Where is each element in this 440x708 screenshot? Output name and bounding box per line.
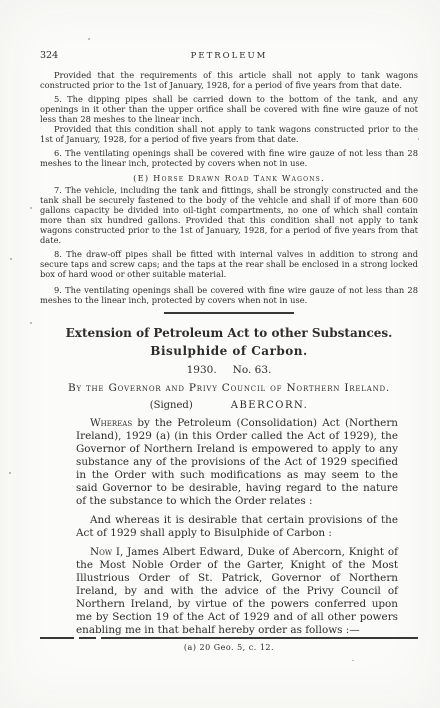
scan-speck	[352, 660, 354, 661]
scan-speck	[9, 472, 11, 474]
enacting-body: I, James Albert Edward, Duke of Abercorn…	[76, 546, 398, 636]
recital-1-body: by the Petroleum (Consolidation) Act (No…	[76, 417, 398, 507]
clause-7-paragraph: 7. The vehicle, including the tank and f…	[40, 185, 418, 245]
recital-2-paragraph: And whereas it is desirable that certain…	[76, 514, 398, 540]
footnote-rule-segment	[40, 637, 74, 639]
scanned-document-page: 324 PETROLEUM Provided that the requirem…	[0, 0, 440, 708]
recital-1-paragraph: Whereas by the Petroleum (Consolidation)…	[76, 417, 398, 508]
order-year-number: 1930. No. 63.	[40, 364, 418, 376]
recital-1-lead: Whereas	[90, 417, 132, 429]
clause-5-proviso-paragraph: Provided that this condition shall not a…	[40, 124, 418, 144]
enacting-paragraph: Now I, James Albert Edward, Duke of Aber…	[76, 546, 398, 637]
clause-8-paragraph: 8. The draw-off pipes shall be fitted wi…	[40, 249, 418, 279]
order-authority-line: By the Governor and Privy Council of Nor…	[40, 382, 418, 394]
signed-label: (Signed)	[150, 400, 193, 411]
footnote-rule	[40, 637, 418, 639]
clause-5-paragraph: 5. The dipping pipes shall be carried do…	[40, 94, 418, 124]
order-number: No. 63.	[233, 364, 272, 376]
scan-speck	[88, 38, 90, 40]
footnote-citation: (a) 20 Geo. 5, c. 12.	[40, 643, 418, 652]
scan-speck	[30, 322, 32, 324]
enacting-lead: Now	[90, 546, 112, 558]
signature-name: ABERCORN.	[231, 400, 309, 411]
page-number: 324	[40, 50, 191, 61]
scan-speck	[30, 207, 32, 209]
scan-speck	[418, 138, 419, 140]
proviso-paragraph: Provided that the requirements of this a…	[40, 70, 418, 90]
clause-9-paragraph: 9. The ventilating openings shall be cov…	[40, 285, 418, 305]
footnote-rule-segment	[79, 637, 96, 639]
section-e-heading: (E) Horse Drawn Road Tank Wagons.	[40, 173, 418, 183]
footnote-rule-segment	[101, 637, 418, 639]
page-content: 324 PETROLEUM Provided that the requirem…	[40, 50, 418, 637]
order-year: 1930.	[187, 364, 217, 376]
signature-row: (Signed) ABERCORN.	[40, 400, 418, 411]
running-head: 324 PETROLEUM	[40, 50, 418, 61]
order-subtitle: Bisulphide of Carbon.	[40, 345, 418, 358]
footnote-area: (a) 20 Geo. 5, c. 12.	[40, 637, 418, 652]
order-title: Extension of Petroleum Act to other Subs…	[40, 327, 418, 340]
scan-speck	[10, 258, 12, 260]
section-divider-rule	[164, 312, 294, 314]
running-title: PETROLEUM	[191, 51, 268, 61]
clause-6-paragraph: 6. The ventilating openings shall be cov…	[40, 148, 418, 168]
